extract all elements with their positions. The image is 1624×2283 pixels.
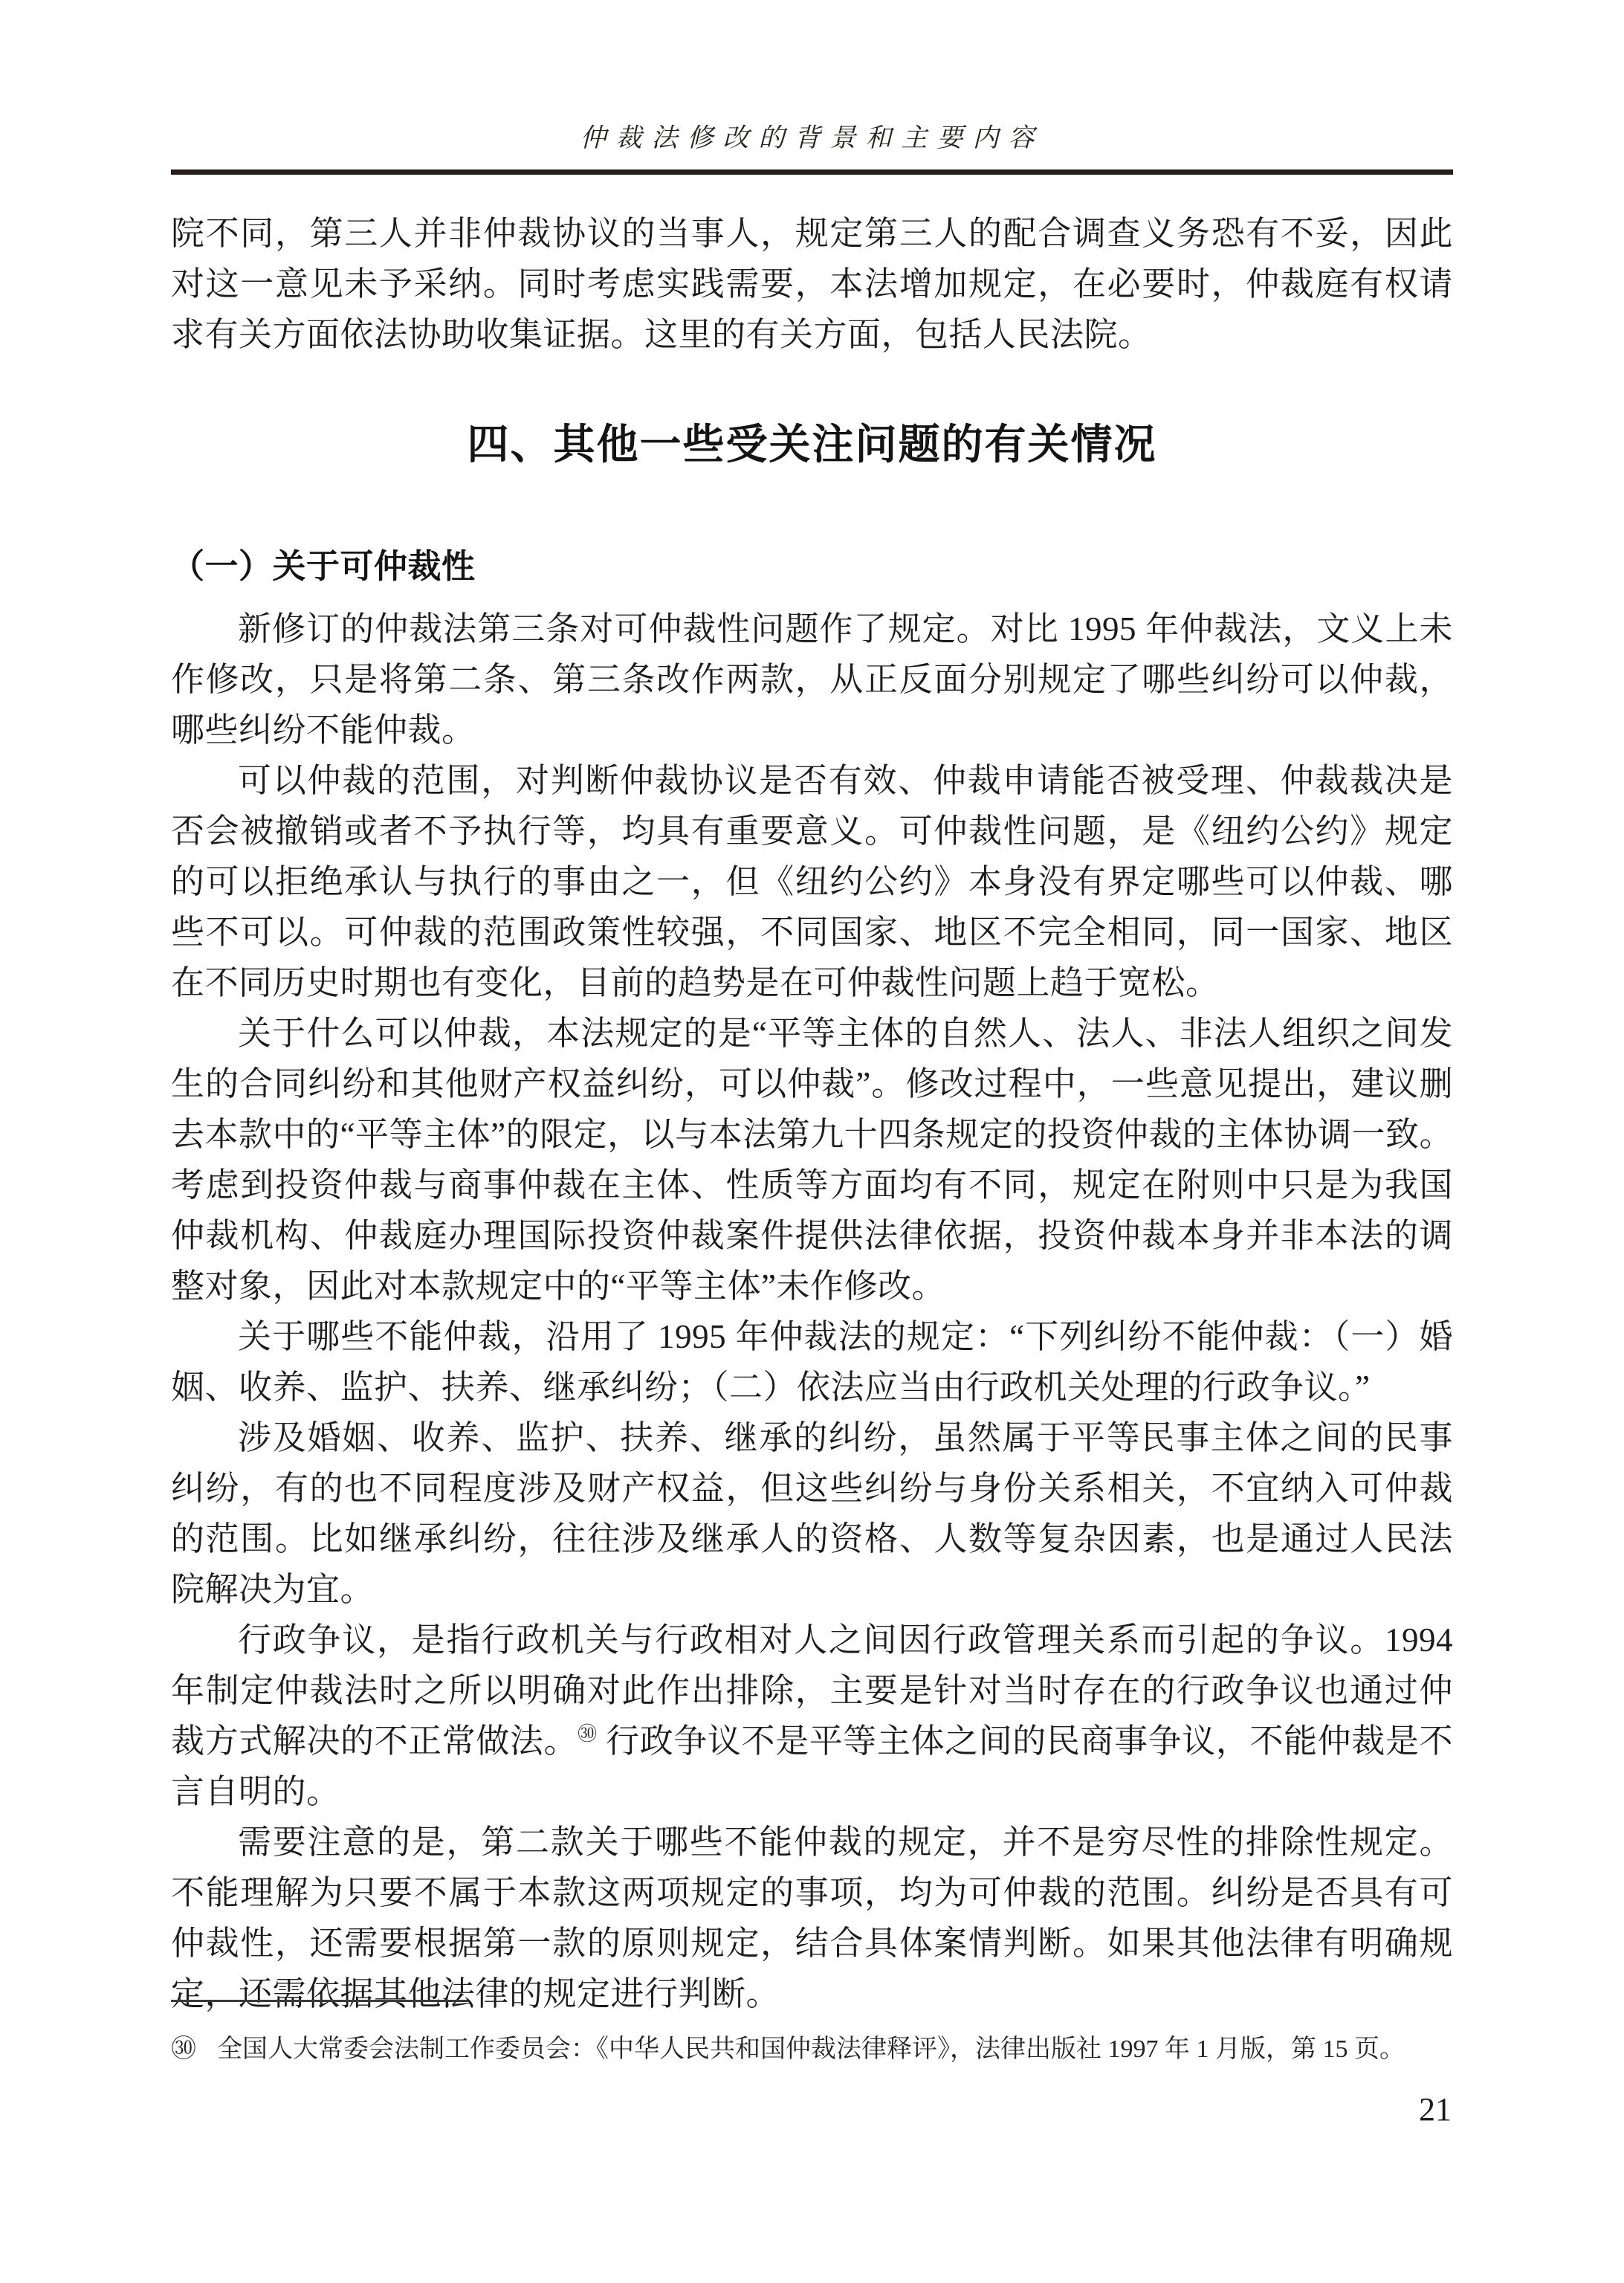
subsection-title: （一）关于可仲裁性	[171, 476, 1453, 604]
footnote-marker: ㉚	[171, 2035, 196, 2063]
body-paragraph: 可以仲裁的范围，对判断仲裁协议是否有效、仲裁申请能否被受理、仲裁裁决是否会被撤销…	[171, 755, 1453, 1008]
header-rule	[171, 169, 1453, 175]
footnote: ㉚全国人大常委会法制工作委员会：《中华人民共和国仲裁法律释评》，法律出版社 19…	[171, 2032, 1453, 2067]
body-paragraph: 新修订的仲裁法第三条对可仲裁性问题作了规定。对比 1995 年仲裁法，文义上未作…	[171, 604, 1453, 755]
footnote-text: 全国人大常委会法制工作委员会：《中华人民共和国仲裁法律释评》，法律出版社 199…	[217, 2035, 1405, 2063]
document-page: 仲裁法修改的背景和主要内容 院不同，第三人并非仲裁协议的当事人，规定第三人的配合…	[0, 0, 1624, 2283]
body-paragraph: 院不同，第三人并非仲裁协议的当事人，规定第三人的配合调查义务恐有不妥，因此对这一…	[171, 208, 1453, 360]
running-header: 仲裁法修改的背景和主要内容	[171, 117, 1453, 155]
section-title: 四、其他一些受关注问题的有关情况	[171, 360, 1453, 476]
body-paragraph: 涉及婚姻、收养、监护、扶养、继承的纠纷，虽然属于平等民事主体之间的民事纠纷，有的…	[171, 1412, 1453, 1615]
body-paragraph: 关于什么可以仲裁，本法规定的是“平等主体的自然人、法人、非法人组织之间发生的合同…	[171, 1008, 1453, 1311]
footnote-separator-rule	[171, 2000, 468, 2002]
body-paragraph: 行政争议，是指行政机关与行政相对人之间因行政管理关系而引起的争议。1994 年制…	[171, 1615, 1453, 1817]
footnote-reference-marker: ㉚	[578, 1723, 597, 1745]
page-number: 21	[1419, 2090, 1452, 2128]
body-paragraph: 关于哪些不能仲裁，沿用了 1995 年仲裁法的规定：“下列纠纷不能仲裁：（一）婚…	[171, 1311, 1453, 1412]
page-body: 院不同，第三人并非仲裁协议的当事人，规定第三人的配合调查义务恐有不妥，因此对这一…	[171, 208, 1453, 2019]
body-paragraph: 需要注意的是，第二款关于哪些不能仲裁的规定，并不是穷尽性的排除性规定。不能理解为…	[171, 1817, 1453, 2019]
